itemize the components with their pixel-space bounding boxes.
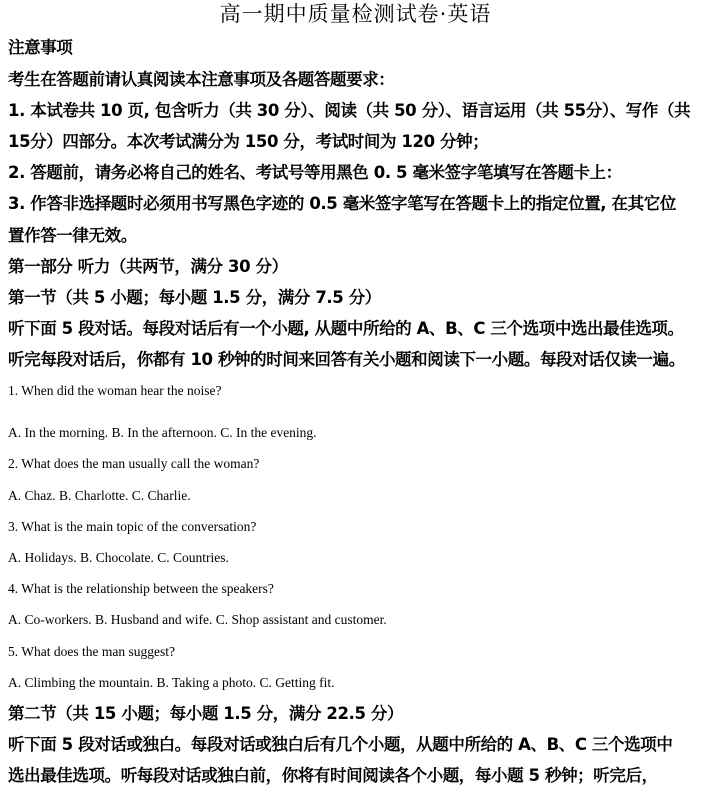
question-4-options: A. Co-workers. B. Husband and wife. C. S… bbox=[8, 611, 387, 629]
question-4: 4. What is the relationship between the … bbox=[8, 580, 274, 598]
question-1: 1. When did the woman hear the noise? bbox=[8, 382, 221, 400]
part1-heading: 第一部分 听力（共两节，满分 30 分） bbox=[8, 256, 288, 278]
question-2: 2. What does the man usually call the wo… bbox=[8, 455, 259, 473]
section1-heading: 第一节（共 5 小题；每小题 1.5 分，满分 7.5 分） bbox=[8, 287, 381, 309]
notice-item-3: 3. 作答非选择题时必须用书写黑色字迹的 0.5 毫米签字笔写在答题卡上的指定位… bbox=[8, 193, 676, 215]
section1-instruction-1: 听下面 5 段对话。每段对话后有一个小题, 从题中所给的 A、B、C 三个选项中… bbox=[8, 318, 684, 340]
notice-item-3-cont: 置作答一律无效。 bbox=[8, 225, 137, 247]
question-5: 5. What does the man suggest? bbox=[8, 643, 175, 661]
question-5-options: A. Climbing the mountain. B. Taking a ph… bbox=[8, 674, 335, 692]
section1-instruction-2: 听完每段对话后，你都有 10 秒钟的时间来回答有关小题和阅读下一小题。每段对话仅… bbox=[8, 349, 685, 371]
notice-item-1: 1. 本试卷共 10 页, 包含听力（共 30 分）、阅读（共 50 分）、语言… bbox=[8, 100, 690, 122]
section2-instruction-2: 选出最佳选项。听每段对话或独白前，你将有时间阅读各个小题，每小题 5 秒钟；听完… bbox=[8, 765, 658, 787]
notice-item-1-cont: 15分）四部分。本次考试满分为 150 分，考试时间为 120 分钟； bbox=[8, 131, 488, 153]
notice-item-2: 2. 答题前，请务必将自己的姓名、考试号等用黑色 0. 5 毫米签字笔填写在答题… bbox=[8, 162, 622, 184]
question-1-options: A. In the morning. B. In the afternoon. … bbox=[8, 424, 317, 442]
notice-intro: 考生在答题前请认真阅读本注意事项及各题答题要求： bbox=[8, 69, 394, 91]
page-title: 高一期中质量检测试卷·英语 bbox=[0, 1, 711, 27]
section2-heading: 第二节（共 15 小题；每小题 1.5 分，满分 22.5 分） bbox=[8, 703, 403, 725]
question-3: 3. What is the main topic of the convers… bbox=[8, 518, 256, 536]
section2-instruction-1: 听下面 5 段对话或独白。每段对话或独白后有几个小题，从题中所给的 A、B、C … bbox=[8, 734, 672, 756]
notice-heading: 注意事项 bbox=[8, 37, 72, 59]
question-3-options: A. Holidays. B. Chocolate. C. Countries. bbox=[8, 549, 229, 567]
question-2-options: A. Chaz. B. Charlotte. C. Charlie. bbox=[8, 487, 191, 505]
